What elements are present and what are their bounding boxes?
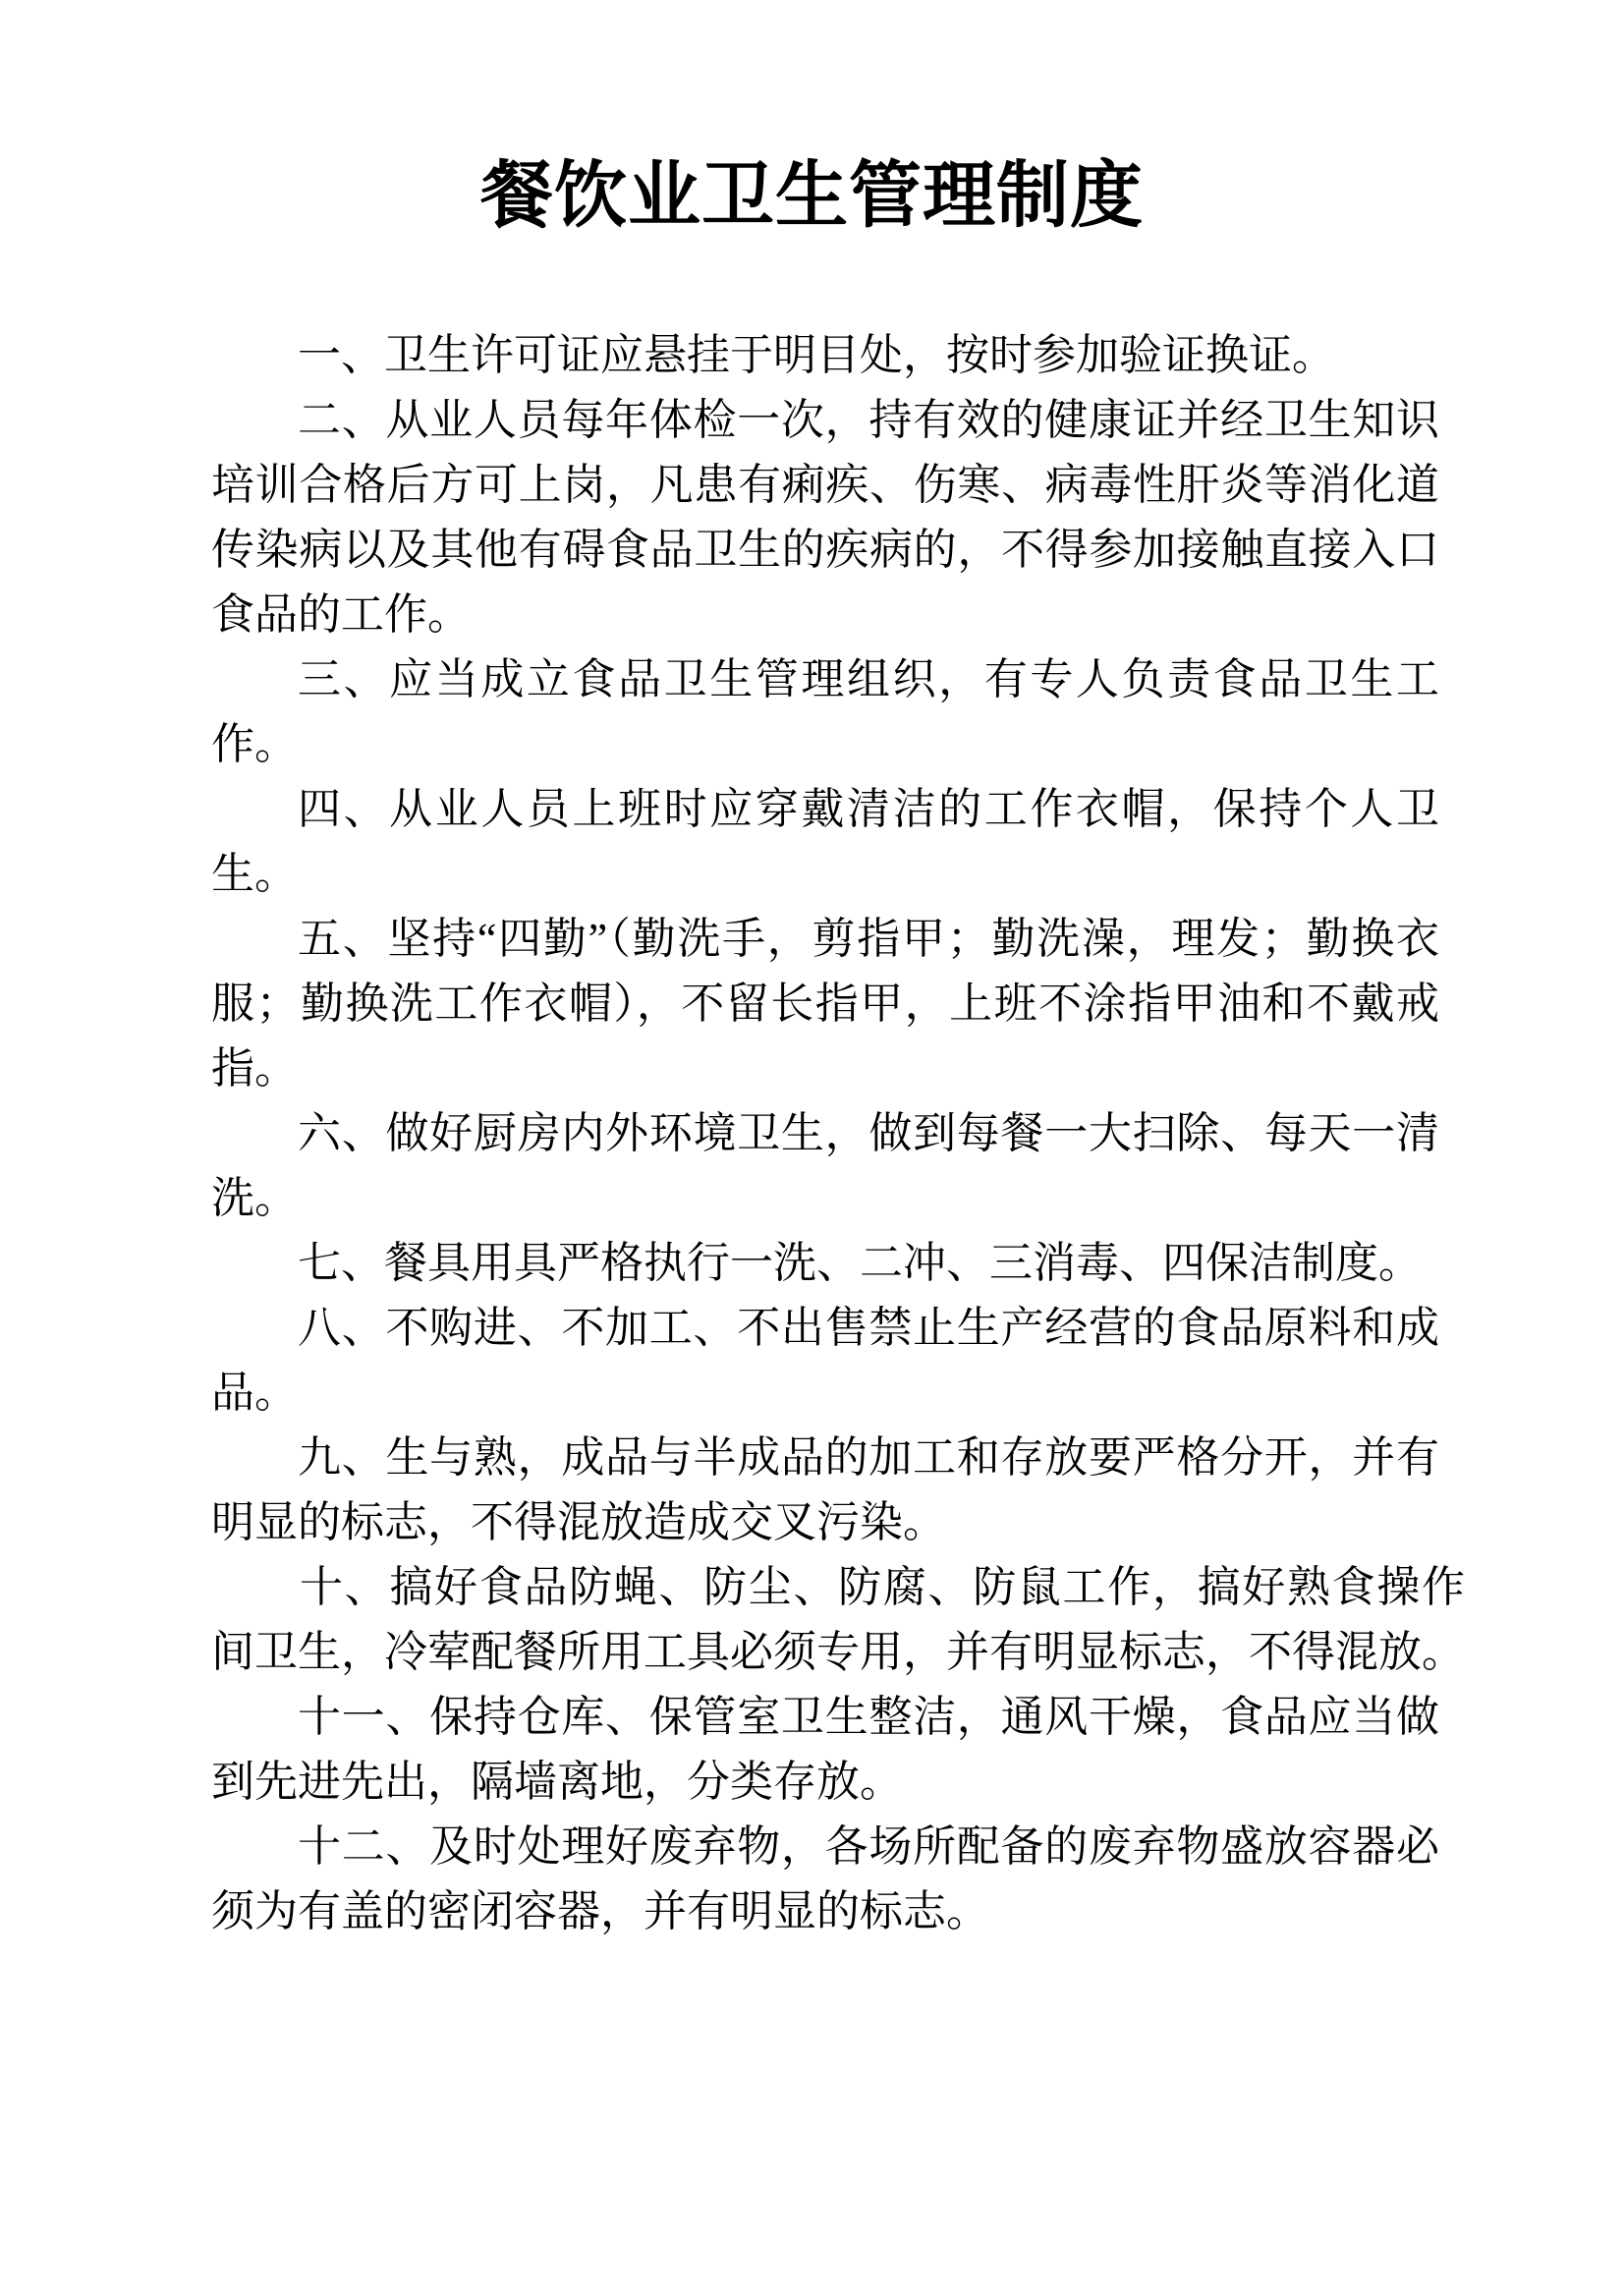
paragraph-10: 十、搞好食品防蝇、防尘、防腐、防鼠工作，搞好熟食操作间卫生，冷荤配餐所用工具必须… [211, 1555, 1465, 1685]
paragraph-12: 十二、及时处理好废弃物，各场所配备的废弃物盛放容器必须为有盖的密闭容器，并有明显… [211, 1815, 1439, 1944]
paragraph-09: 九、生与熟，成品与半成品的加工和存放要严格分开，并有明显的标志，不得混放造成交叉… [211, 1426, 1439, 1555]
paragraph-01: 一、卫生许可证应悬挂于明目处，按时参加验证换证。 [211, 323, 1439, 388]
document-page: 餐饮业卫生管理制度 一、卫生许可证应悬挂于明目处，按时参加验证换证。 二、从业人… [0, 0, 1624, 2296]
paragraph-03: 三、应当成立食品卫生管理组织，有专人负责食品卫生工作。 [211, 647, 1439, 777]
paragraph-06: 六、做好厨房内外环境卫生，做到每餐一大扫除、每天一清洗。 [211, 1101, 1439, 1231]
document-body: 一、卫生许可证应悬挂于明目处，按时参加验证换证。 二、从业人员每年体检一次，持有… [211, 323, 1439, 1944]
document-title: 餐饮业卫生管理制度 [0, 149, 1624, 244]
paragraph-07: 七、餐具用具严格执行一洗、二冲、三消毒、四保洁制度。 [211, 1231, 1439, 1296]
paragraph-08: 八、不购进、不加工、不出售禁止生产经营的食品原料和成品。 [211, 1296, 1439, 1426]
paragraph-05: 五、坚持“四勤”（勤洗手，剪指甲；勤洗澡，理发；勤换衣服；勤换洗工作衣帽），不留… [211, 907, 1439, 1101]
paragraph-11: 十一、保持仓库、保管室卫生整洁，通风干燥，食品应当做到先进先出，隔墙离地，分类存… [211, 1685, 1439, 1815]
paragraph-04: 四、从业人员上班时应穿戴清洁的工作衣帽，保持个人卫生。 [211, 777, 1439, 907]
paragraph-02: 二、从业人员每年体检一次，持有效的健康证并经卫生知识培训合格后方可上岗，凡患有痢… [211, 388, 1439, 647]
